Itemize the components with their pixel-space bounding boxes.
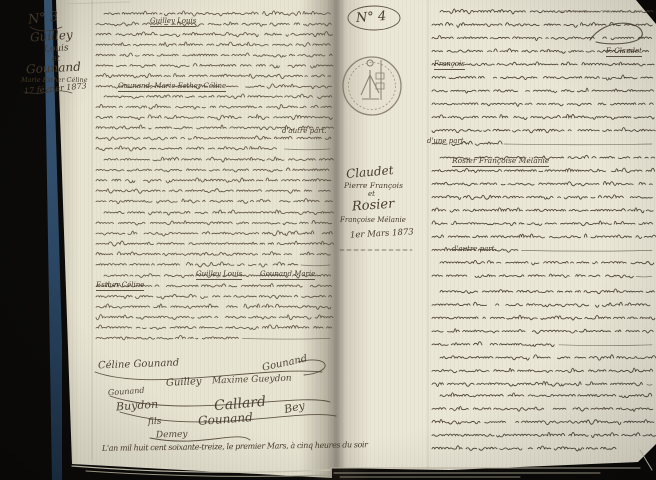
signature: Guilley [166,377,202,389]
underlined-bride-name-3: Esther Céline [96,282,144,291]
signature: Buydon [116,399,159,413]
right-margin-bride-firstnames: Françoise Mélanie [340,217,406,224]
underlined-groom-name-right: F. Claudet [606,48,642,57]
underlined-groom-name: Guilley Louis [150,18,196,27]
act-number-right: N° 4 [356,10,387,25]
underlined-groom-name-2: Guilley Louis [196,271,242,280]
underlined-bride-name-2: Gounand Marie [260,271,315,280]
body-fragment: d'autre part. [282,128,327,135]
right-margin-bride-name: Rosier [352,198,395,214]
left-margin-bride-name: Gounand [26,61,81,76]
body-fragment: d'une part. [427,138,466,145]
signature: Gounand [198,411,254,427]
underlined-groom-firstname-right: François [434,61,465,70]
signature: fils [148,418,162,427]
body-fragment: d'autre part. [452,246,497,253]
scanned-register-spread: N° 3 Guilley Louis et Gounand Marie Esth… [0,0,656,480]
left-margin-groom-name: Guilley [30,29,73,44]
underlined-bride-name: Gounand, Marie Esther Céline [118,83,226,92]
right-margin-groom-firstnames: Pierre François [344,182,403,190]
underlined-bride-name-right: Rosier Françoise Mélanie [452,157,549,167]
act-number-left: N° 3 [27,10,58,26]
signature: Demey [156,430,188,440]
